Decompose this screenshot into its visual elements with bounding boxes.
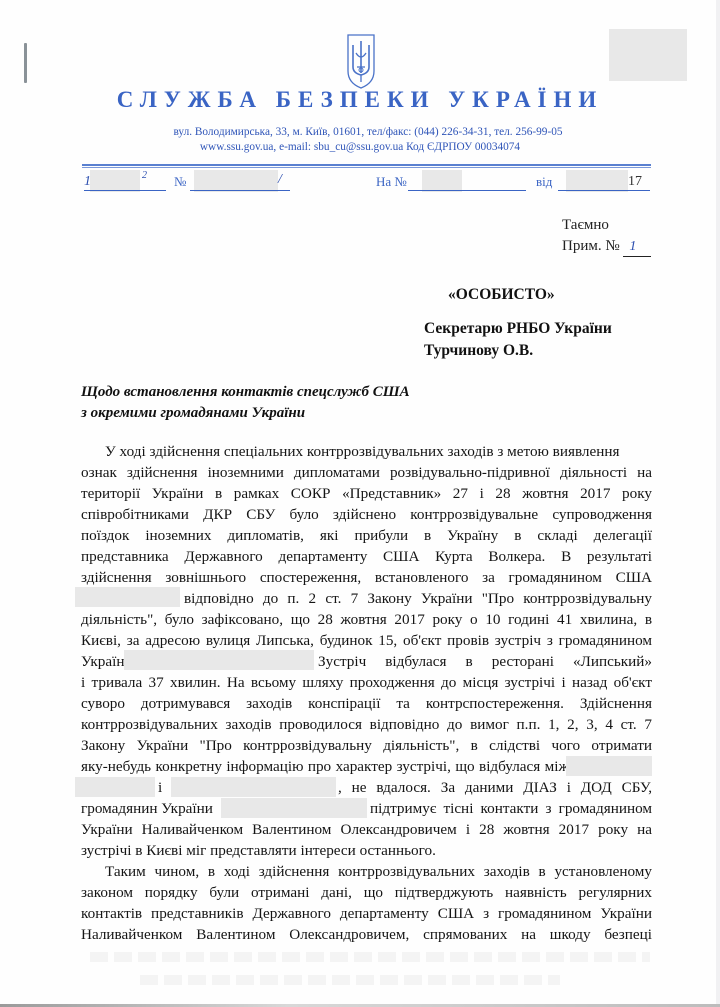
- copy-label: Прим. №: [562, 238, 620, 254]
- redaction-box: [422, 170, 462, 192]
- subject-line-1: Щодо встановлення контактів спецслужб СШ…: [81, 384, 410, 401]
- handwritten-copy-number: 1: [629, 239, 636, 254]
- from-year-suffix: 17: [628, 174, 642, 190]
- redaction-box: [221, 798, 367, 818]
- body-line: контррозвідувальних заходів проводилося …: [81, 716, 652, 733]
- redaction-box: [566, 756, 652, 776]
- date-underline: [84, 190, 166, 191]
- body-line: і тривала 37 хвилин. На всьому шляху про…: [81, 674, 652, 691]
- trident-emblem-icon: [346, 33, 376, 90]
- document-page: СЛУЖБА БЕЗПЕКИ УКРАЇНИ вул. Володимирськ…: [0, 0, 720, 1007]
- bleed-through-text: [90, 952, 650, 962]
- from-label: від: [536, 174, 552, 190]
- subject-line-2: з окремими громадянами України: [81, 405, 305, 422]
- body-line: відповідно до п. 2 ст. 7 Закону України …: [184, 590, 652, 607]
- body-line: Таким чином, в ході здійснення контррозв…: [105, 863, 652, 880]
- handwritten-number-suffix: /: [278, 172, 282, 188]
- redaction-box: [566, 170, 628, 192]
- body-line: співробітниками ДКР СБУ було здійснено к…: [81, 506, 652, 523]
- body-line: України Наливайченком Валентином Олексан…: [81, 821, 652, 838]
- addressee-name: Турчинову О.В.: [424, 342, 533, 360]
- body-line: громадянин України: [81, 800, 221, 817]
- body-line: поїздок іноземних дипломатів, які прибул…: [81, 527, 652, 544]
- org-address: вул. Володимирська, 33, м. Київ, 01601, …: [0, 126, 720, 138]
- number-label: №: [174, 174, 186, 190]
- body-line: Наливайченком Валентином Олександровичем…: [81, 926, 652, 943]
- body-line: контактів представників Державного депар…: [81, 905, 652, 922]
- redaction-box: [75, 777, 155, 797]
- redaction-box: [194, 170, 278, 192]
- body-line: діяльність", було зафіксовано, що 28 жов…: [81, 611, 652, 628]
- copy-number-label: Прим. № 1: [562, 238, 630, 255]
- reply-to-underline: [408, 190, 526, 191]
- handwritten-date-suffix: 2: [142, 170, 147, 181]
- personal-mark: «ОСОБИСТО»: [448, 286, 555, 304]
- body-line: законом порядку були отримані дані, що п…: [81, 884, 652, 901]
- from-underline: [558, 190, 650, 191]
- body-line: зустрічі в Києві міг представляти інтере…: [81, 842, 652, 859]
- org-name: СЛУЖБА БЕЗПЕКИ УКРАЇНИ: [0, 87, 720, 113]
- redaction-box: [609, 29, 687, 81]
- body-text: У ході здійснення спеціальних контррозві…: [105, 443, 620, 460]
- redaction-box: [75, 587, 180, 607]
- classification-level: Таємно: [562, 217, 609, 234]
- body-line: суворо дотримувався заходів конспірації …: [81, 695, 652, 712]
- reply-to-label: На №: [376, 174, 407, 190]
- body-line: підтримує тісні контакти з громадянином: [370, 800, 652, 817]
- redaction-box: [171, 777, 336, 797]
- body-line: Зустріч відбулася в ресторані «Липський»: [318, 653, 652, 670]
- bleed-through-text: [140, 975, 560, 985]
- body-line: , не вдалося. За даними ДІАЗ і ДОД СБУ,: [338, 779, 652, 796]
- redaction-box: [124, 650, 314, 670]
- header-rule-thin: [82, 167, 651, 168]
- body-line: представника Державного департаменту США…: [81, 548, 652, 565]
- body-line: здійснення зовнішнього спостереження, вс…: [81, 569, 652, 586]
- redaction-box: [90, 170, 140, 192]
- org-contacts: www.ssu.gov.ua, e-mail: sbu_cu@ssu.gov.u…: [0, 141, 720, 153]
- header-rule: [82, 164, 651, 166]
- body-line: яку-небудь конкретну інформацію про хара…: [81, 758, 569, 775]
- body-line: Києві, за адресою вулиця Липська, будино…: [81, 632, 652, 649]
- body-line: території України в рамках СОКР «Предста…: [81, 485, 652, 502]
- body-line: і: [158, 779, 170, 796]
- body-line: ознак здійснення іноземними дипломатами …: [81, 464, 652, 481]
- body-line: У ході здійснення спеціальних контррозві…: [105, 443, 652, 460]
- copy-underline: [623, 256, 651, 257]
- body-line: Закону України "Про контррозвідувальну д…: [81, 737, 652, 754]
- number-underline: [190, 190, 290, 191]
- addressee-title: Секретарю РНБО України: [424, 320, 612, 338]
- staple-mark: [24, 43, 27, 83]
